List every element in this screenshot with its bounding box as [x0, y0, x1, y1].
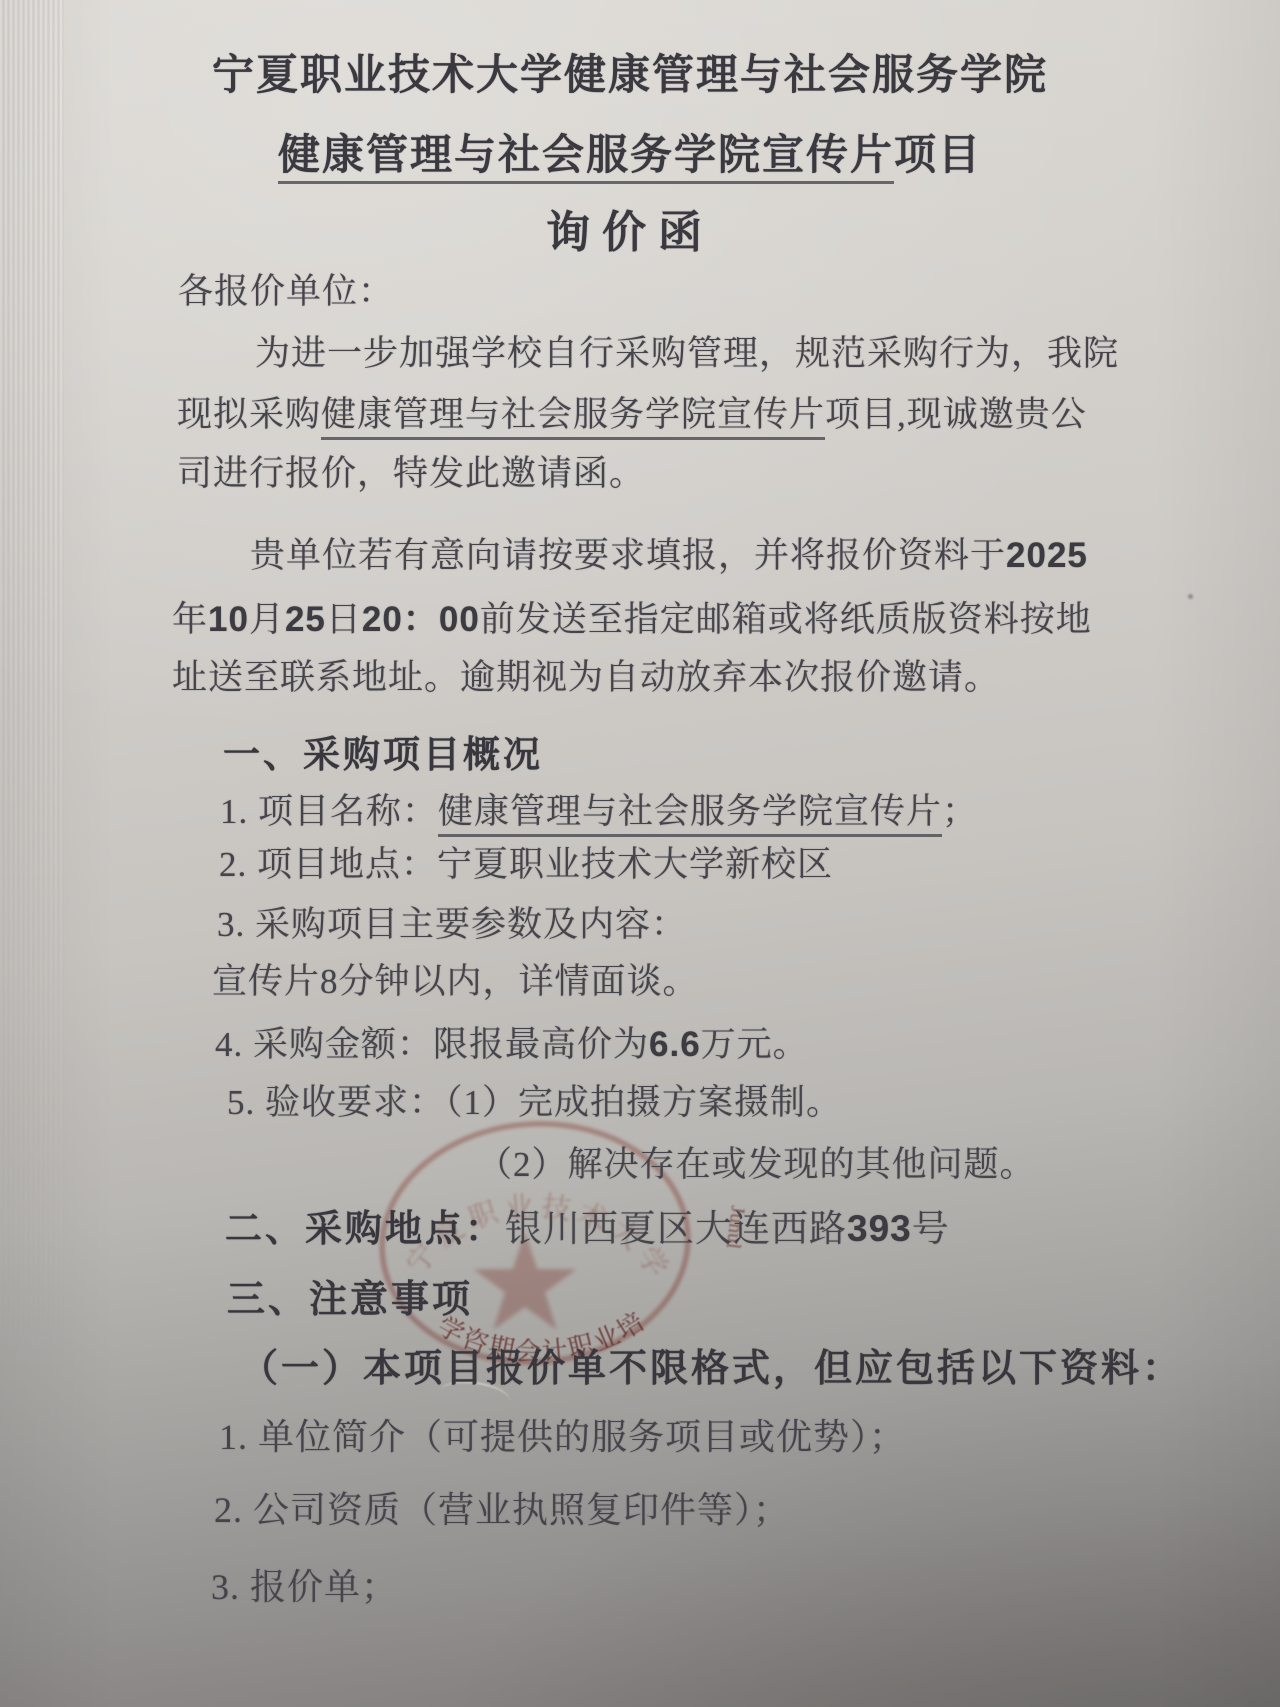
- text-segment: （2）解决存在或发现的其他问题。: [477, 1145, 1036, 1184]
- text-segment: 1. 单位简介（可提供的服务项目或优势）；: [219, 1417, 906, 1457]
- underlined-text: 健康管理与社会服务学院宣传片: [438, 792, 942, 837]
- paragraph-1-line-1: 为进一步加强学校自行采购管理，规范采购行为，我院: [255, 336, 1119, 371]
- text-segment: 宁夏职业技术大学健康管理与社会服务学院: [212, 51, 1048, 98]
- text-segment: 2025: [1006, 536, 1088, 575]
- parameters-detail: 宣传片8分钟以内，详情面谈。: [212, 964, 699, 999]
- text-segment: 年: [172, 600, 208, 639]
- text-segment: 1. 项目名称：: [220, 792, 438, 831]
- text-segment: 询价函: [546, 208, 714, 257]
- doc-title-line-1: 宁夏职业技术大学健康管理与社会服务学院: [150, 54, 1110, 96]
- text-segment: 贵单位若有意向请按要求填报，并将报价资料于: [250, 536, 1006, 575]
- section-2-heading: 二、采购地点：银川西夏区大连西路393号: [225, 1210, 950, 1248]
- text-segment: 月: [249, 600, 285, 639]
- text-segment: 2. 公司资质（营业执照复印件等）；: [214, 1490, 790, 1530]
- text-segment: 10: [208, 600, 249, 639]
- text-segment: 3. 采购项目主要参数及内容：: [217, 905, 687, 944]
- text-segment: 各报价单位：: [178, 272, 394, 311]
- paragraph-1-line-3: 司进行报价，特发此邀请函。: [177, 456, 645, 491]
- text-segment: （一）本项目报价单不限格式，但应包括以下资料：: [240, 1348, 1183, 1390]
- text-segment: 日: [326, 600, 362, 639]
- text-segment: 393: [847, 1208, 912, 1249]
- text-segment: 址送至联系地址。逾期视为自动放弃本次报价邀请。: [172, 658, 1000, 697]
- text-segment: 现拟采购: [177, 395, 321, 434]
- text-segment: 司进行报价，特发此邀请函。: [177, 454, 645, 493]
- doc-title-line-2: 健康管理与社会服务学院宣传片项目: [150, 134, 1110, 176]
- note-item-3: 3. 报价单；: [211, 1569, 398, 1605]
- underlined-text: 健康管理与社会服务学院宣传片: [278, 131, 894, 184]
- note-item-1: 1. 单位简介（可提供的服务项目或优势）；: [219, 1419, 906, 1455]
- text-segment: 项目: [894, 131, 982, 178]
- underlined-text: 健康管理与社会服务学院宣传片: [321, 395, 825, 440]
- text-segment: 3. 报价单；: [211, 1567, 398, 1607]
- doc-title-line-3: 询价函: [150, 211, 1110, 255]
- salutation: 各报价单位：: [178, 274, 394, 309]
- item-budget: 4. 采购金额：限报最高价为6.6万元。: [215, 1027, 809, 1062]
- notes-subheading: （一）本项目报价单不限格式，但应包括以下资料：: [240, 1350, 1183, 1388]
- document-page: 宁夏职业技术大学 学咨期会计职业培 Junul 宁夏职业技术大学健康管理与社会服…: [0, 0, 1280, 1707]
- dust-speck: [1188, 594, 1193, 599]
- section-3-heading: 三、注意事项: [227, 1281, 473, 1319]
- page-stack-edge-texture: [0, 0, 64, 1707]
- item-acceptance-2: （2）解决存在或发现的其他问题。: [477, 1147, 1036, 1182]
- text-segment: 万元。: [701, 1025, 809, 1064]
- text-segment: 5. 验收要求：（1）完成拍摄方案摄制。: [227, 1083, 842, 1122]
- text-segment: 20：00: [362, 600, 480, 639]
- text-segment: 号: [912, 1209, 950, 1250]
- text-segment: 6.6: [649, 1025, 701, 1064]
- item-project-name: 1. 项目名称：健康管理与社会服务学院宣传片；: [220, 794, 978, 829]
- note-item-2: 2. 公司资质（营业执照复印件等）；: [214, 1492, 790, 1528]
- section-1-heading: 一、采购项目概况: [223, 736, 543, 773]
- text-segment: 一、采购项目概况: [223, 734, 543, 775]
- text-segment: 宣传片8分钟以内，详情面谈。: [212, 962, 699, 1001]
- paragraph-2-line-1: 贵单位若有意向请按要求填报，并将报价资料于2025: [250, 538, 1088, 573]
- item-acceptance-1: 5. 验收要求：（1）完成拍摄方案摄制。: [227, 1085, 842, 1120]
- text-segment: 25: [285, 600, 326, 639]
- item-project-parameters: 3. 采购项目主要参数及内容：: [217, 907, 687, 942]
- text-segment: 为进一步加强学校自行采购管理，规范采购行为，我院: [255, 334, 1119, 373]
- item-project-location: 2. 项目地点：宁夏职业技术大学新校区: [219, 847, 833, 882]
- text-segment: 二、采购地点：: [225, 1208, 505, 1249]
- text-segment: 银川西夏区大连西路: [505, 1209, 847, 1250]
- paragraph-2-line-2: 年10月25日20：00前发送至指定邮箱或将纸质版资料按地: [172, 602, 1092, 637]
- text-segment: 项目,现诚邀贵公: [825, 395, 1087, 434]
- text-segment: 4. 采购金额：限报最高价为: [215, 1025, 649, 1064]
- paragraph-2-line-3: 址送至联系地址。逾期视为自动放弃本次报价邀请。: [172, 660, 1000, 695]
- text-segment: 前发送至指定邮箱或将纸质版资料按地: [480, 600, 1092, 639]
- text-segment: 2. 项目地点：宁夏职业技术大学新校区: [219, 845, 833, 884]
- text-segment: ；: [942, 792, 978, 831]
- paragraph-1-line-2: 现拟采购健康管理与社会服务学院宣传片项目,现诚邀贵公: [177, 397, 1087, 432]
- text-segment: 三、注意事项: [227, 1279, 473, 1321]
